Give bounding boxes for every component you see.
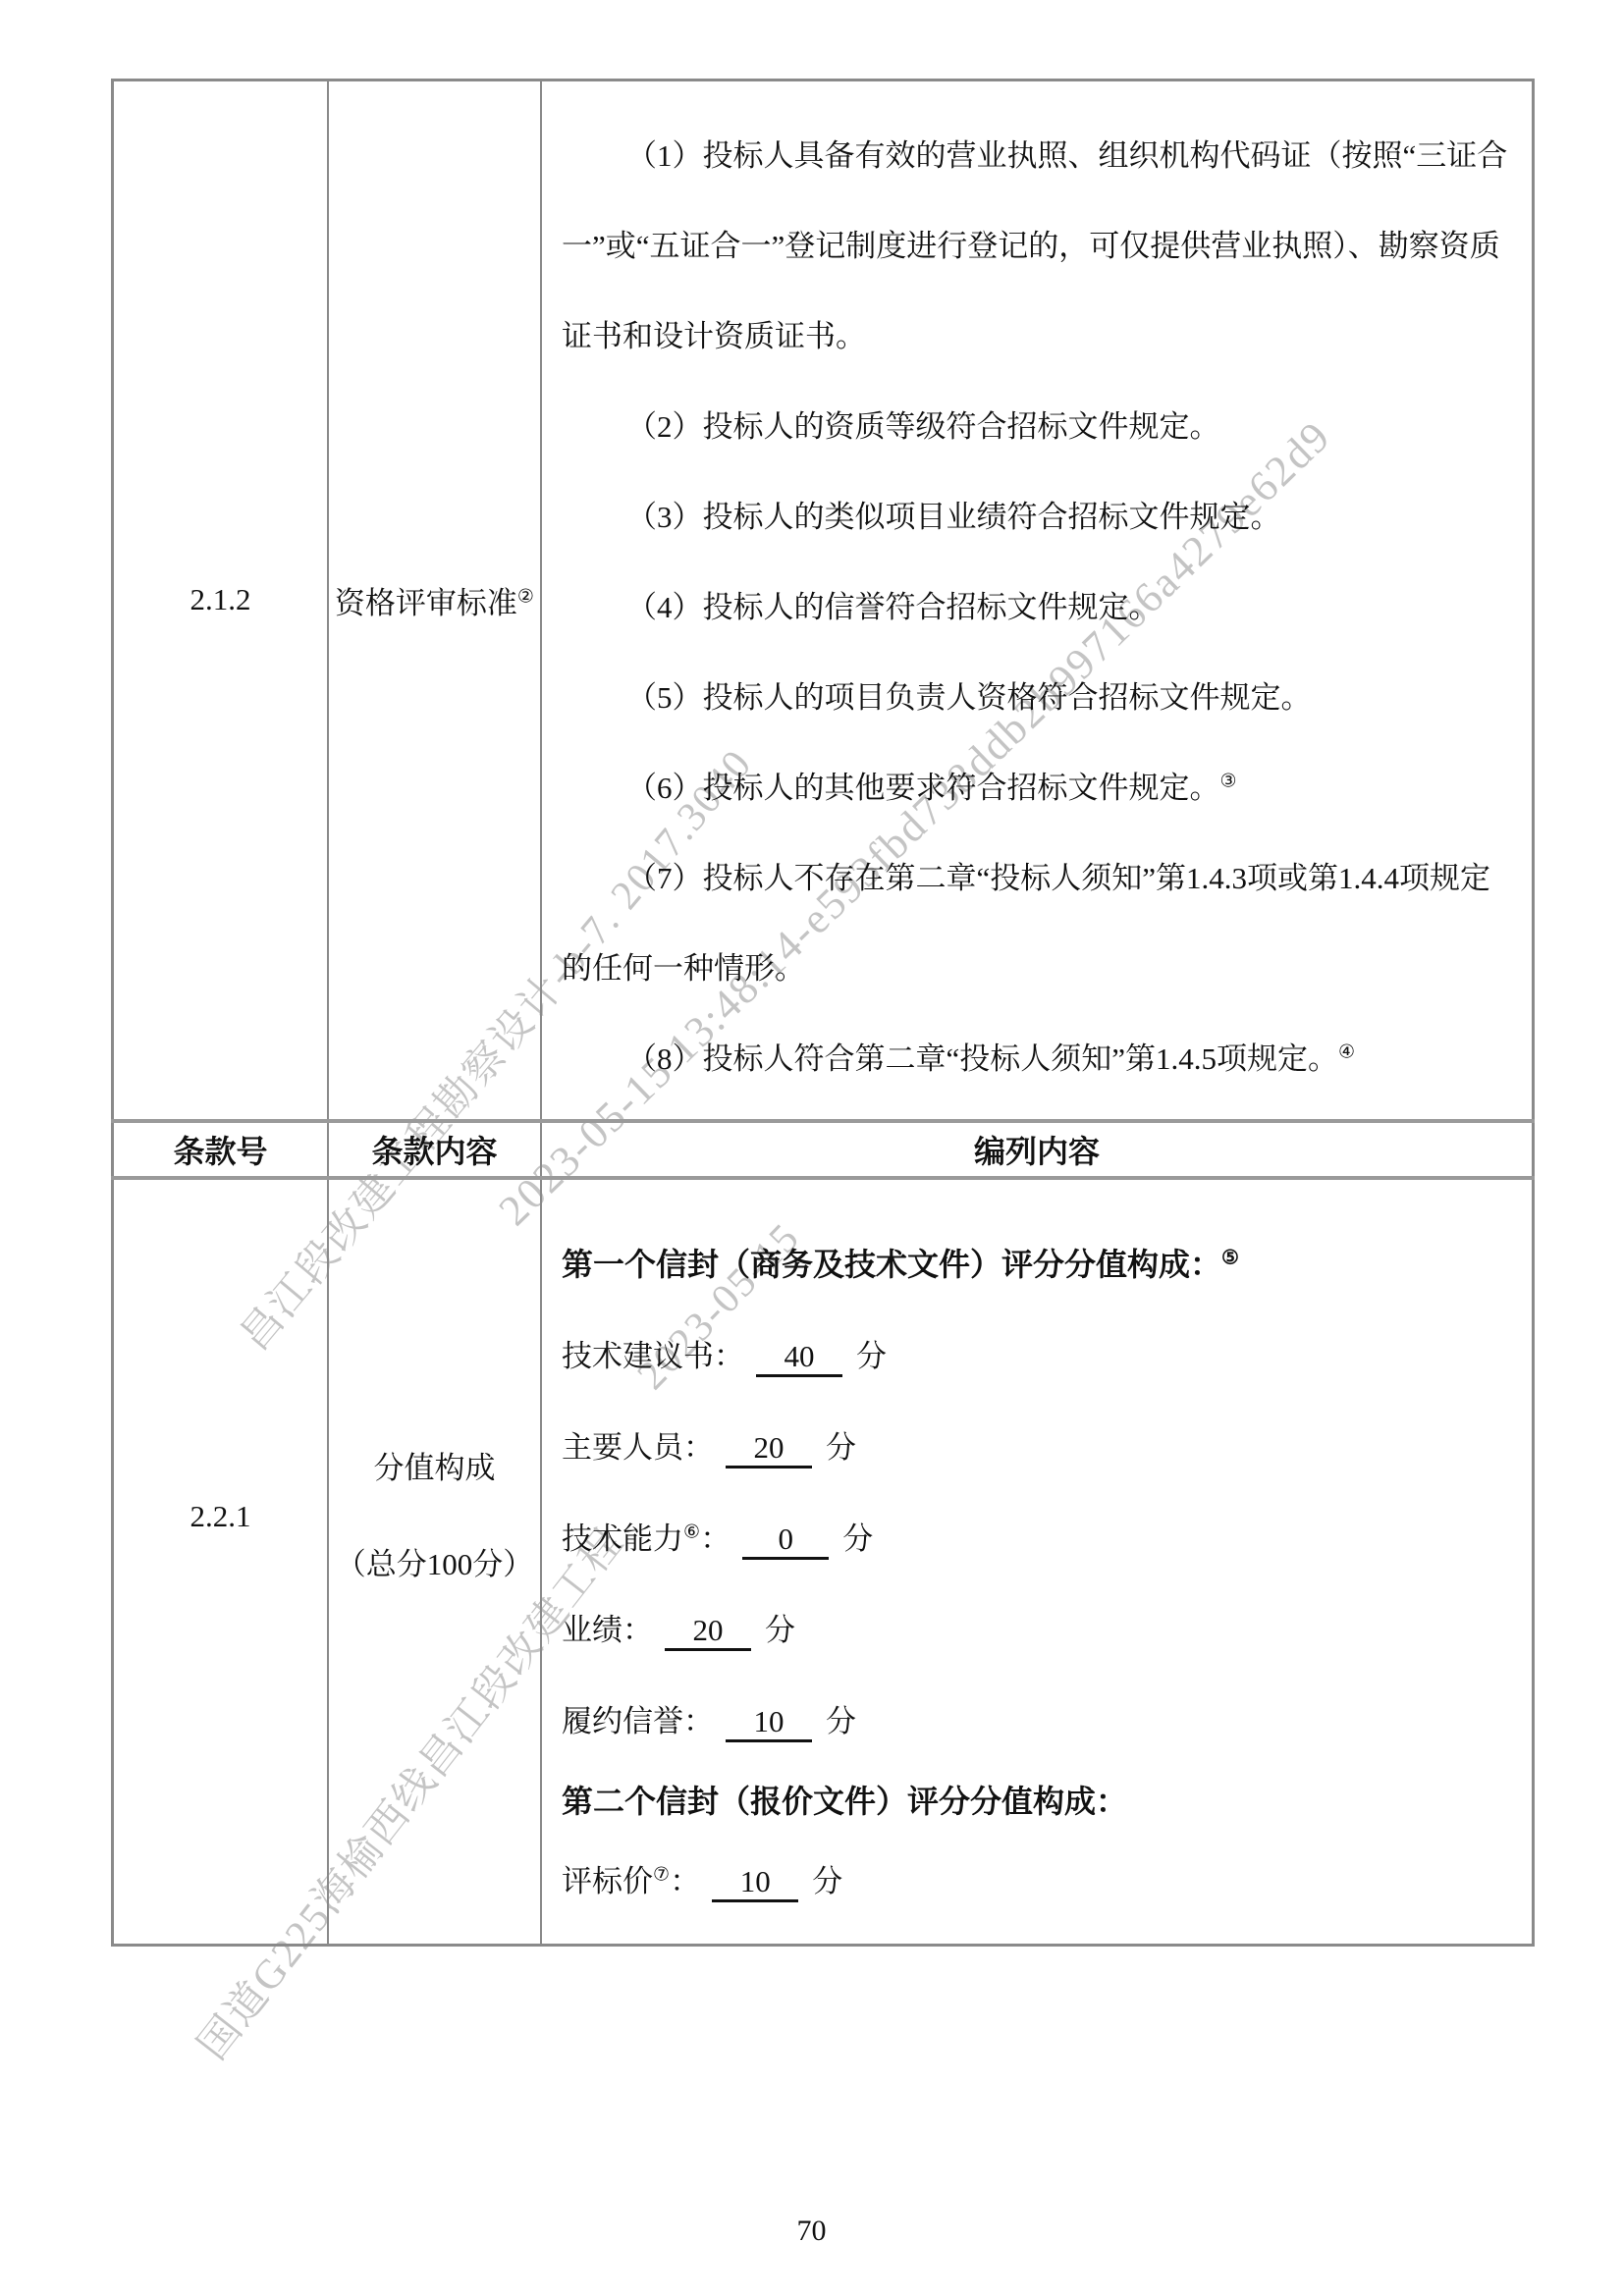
clause-content-cell-221: 第一个信封（商务及技术文件）评分分值构成：⑤技术建议书：40分主要人员：20分技… — [541, 1178, 1534, 1946]
clause-212-line-text: （8）投标人符合第二章“投标人须知”第1.4.5项规定。 — [626, 1041, 1338, 1076]
column-header-clause-no: 条款号 — [114, 1127, 327, 1172]
score-colon: ： — [714, 1339, 744, 1373]
score-unit: 分 — [826, 1430, 856, 1465]
clause-title-212: 资格评审标准② — [329, 578, 540, 622]
score-value: 40 — [756, 1338, 842, 1377]
table-row: 2.1.2 资格评审标准② （1）投标人具备有效的营业执照、组织机构代码证（按照… — [113, 80, 1534, 1121]
score-value: 20 — [665, 1612, 751, 1651]
clause-title-212-footnote: ② — [517, 586, 534, 607]
clause-number-221: 2.2.1 — [114, 1499, 327, 1534]
table-header-row: 条款号 条款内容 编列内容 — [113, 1121, 1534, 1178]
document-page: 国道G225海榆西线昌江段改建工程 昌江段改建工程勘察设计-b-7. 2017.… — [0, 0, 1623, 2296]
score-colon: ： — [670, 1864, 700, 1898]
clause-212-line: （3）投标人的类似项目业绩符合招标文件规定。 — [542, 472, 1532, 562]
clause-212-line: 证书和设计资质证书。 — [542, 292, 1532, 382]
score-unit: 分 — [856, 1339, 887, 1373]
clause-number-cell-212: 2.1.2 — [113, 80, 329, 1121]
clause-212-line-text: （7）投标人不存在第二章“投标人须知”第1.4.3项或第1.4.4项规定 — [626, 861, 1490, 895]
score-section-heading-text: 第二个信封（报价文件）评分分值构成： — [562, 1784, 1127, 1819]
clause-212-line: （7）投标人不存在第二章“投标人须知”第1.4.3项或第1.4.4项规定 — [542, 833, 1532, 924]
score-unit: 分 — [812, 1864, 842, 1898]
column-header-clause-content: 条款内容 — [329, 1127, 540, 1172]
clause-number-cell-221: 2.2.1 — [113, 1178, 329, 1946]
header-cell-arranged-content: 编列内容 — [541, 1121, 1534, 1178]
clause-221-content: 第一个信封（商务及技术文件）评分分值构成：⑤技术建议书：40分主要人员：20分技… — [542, 1196, 1532, 1927]
score-label: 履约信誉 — [562, 1704, 683, 1738]
clause-212-line-text: 证书和设计资质证书。 — [562, 319, 866, 353]
clause-title-212-text: 资格评审标准 — [335, 586, 517, 620]
clause-title-221-line2: （总分100分） — [329, 1517, 540, 1613]
clauses-table: 2.1.2 资格评审标准② （1）投标人具备有效的营业执照、组织机构代码证（按照… — [111, 79, 1535, 1947]
footnote-ref: ⑤ — [1221, 1248, 1239, 1269]
clause-212-line: （1）投标人具备有效的营业执照、组织机构代码证（按照“三证合 — [542, 111, 1532, 201]
clause-title-221: 分值构成 （总分100分） — [329, 1420, 540, 1613]
clause-212-line-text: （4）投标人的信誉符合招标文件规定。 — [626, 590, 1160, 624]
clause-212-line-text: （5）投标人的项目负责人资格符合招标文件规定。 — [626, 680, 1312, 715]
score-unit: 分 — [765, 1613, 795, 1647]
clause-212-line-text: （6）投标人的其他要求符合招标文件规定。 — [626, 771, 1220, 805]
score-colon: ： — [683, 1430, 714, 1465]
score-value: 0 — [742, 1521, 829, 1560]
clause-content-cell-212: （1）投标人具备有效的营业执照、组织机构代码证（按照“三证合一”或“五证合一”登… — [541, 80, 1534, 1121]
score-value: 10 — [712, 1863, 798, 1902]
clause-212-line-text: （3）投标人的类似项目业绩符合招标文件规定。 — [626, 500, 1281, 534]
score-colon: ： — [700, 1522, 730, 1556]
score-label: 技术能力 — [562, 1522, 683, 1556]
clause-212-line-text: （1）投标人具备有效的营业执照、组织机构代码证（按照“三证合 — [626, 138, 1507, 173]
footnote-ref: ④ — [1338, 1042, 1355, 1063]
page-number: 70 — [0, 2215, 1623, 2248]
clause-212-line-text: 的任何一种情形。 — [562, 951, 805, 986]
score-value: 20 — [726, 1429, 812, 1468]
clause-212-line: 一”或“五证合一”登记制度进行登记的，可仅提供营业执照）、勘察资质 — [542, 201, 1532, 292]
score-label: 技术建议书 — [562, 1339, 714, 1373]
clause-212-line: 的任何一种情形。 — [542, 924, 1532, 1014]
score-line: 技术能力⑥：0分 — [542, 1493, 1532, 1584]
score-colon: ： — [683, 1704, 714, 1738]
score-section-heading: 第一个信封（商务及技术文件）评分分值构成：⑤ — [542, 1219, 1532, 1310]
header-cell-clause-content: 条款内容 — [328, 1121, 541, 1178]
score-line: 业绩：20分 — [542, 1584, 1532, 1676]
score-value: 10 — [726, 1703, 812, 1742]
clause-212-line-text: （2）投标人的资质等级符合招标文件规定。 — [626, 409, 1220, 444]
footnote-ref: ⑥ — [683, 1522, 700, 1543]
clause-title-cell-212: 资格评审标准② — [328, 80, 541, 1121]
clause-212-line: （4）投标人的信誉符合招标文件规定。 — [542, 562, 1532, 653]
score-label: 主要人员 — [562, 1430, 683, 1465]
footnote-ref: ⑦ — [653, 1865, 670, 1886]
score-line: 主要人员：20分 — [542, 1402, 1532, 1493]
score-section-heading-text: 第一个信封（商务及技术文件）评分分值构成： — [562, 1247, 1221, 1282]
score-unit: 分 — [826, 1704, 856, 1738]
clause-212-line: （6）投标人的其他要求符合招标文件规定。③ — [542, 743, 1532, 833]
header-cell-clause-no: 条款号 — [113, 1121, 329, 1178]
clause-212-content: （1）投标人具备有效的营业执照、组织机构代码证（按照“三证合一”或“五证合一”登… — [542, 95, 1532, 1104]
score-line: 履约信誉：10分 — [542, 1676, 1532, 1767]
score-line: 技术建议书：40分 — [542, 1310, 1532, 1402]
clause-title-cell-221: 分值构成 （总分100分） — [328, 1178, 541, 1946]
table-row: 2.2.1 分值构成 （总分100分） 第一个信封（商务及技术文件）评分分值构成… — [113, 1178, 1534, 1946]
score-line: 评标价⑦：10分 — [542, 1836, 1532, 1927]
score-label: 评标价 — [562, 1864, 653, 1898]
clause-212-line: （2）投标人的资质等级符合招标文件规定。 — [542, 382, 1532, 472]
clause-number-212: 2.1.2 — [114, 582, 327, 617]
score-label: 业绩 — [562, 1613, 622, 1647]
score-section-heading: 第二个信封（报价文件）评分分值构成： — [542, 1767, 1532, 1836]
footnote-ref: ③ — [1220, 772, 1237, 792]
score-unit: 分 — [842, 1522, 873, 1556]
clause-212-line: （8）投标人符合第二章“投标人须知”第1.4.5项规定。④ — [542, 1014, 1532, 1104]
clause-212-line-text: 一”或“五证合一”登记制度进行登记的，可仅提供营业执照）、勘察资质 — [562, 229, 1500, 263]
clause-title-221-line1: 分值构成 — [329, 1420, 540, 1517]
score-colon: ： — [622, 1613, 653, 1647]
clause-212-line: （5）投标人的项目负责人资格符合招标文件规定。 — [542, 653, 1532, 743]
column-header-arranged-content: 编列内容 — [542, 1127, 1532, 1172]
